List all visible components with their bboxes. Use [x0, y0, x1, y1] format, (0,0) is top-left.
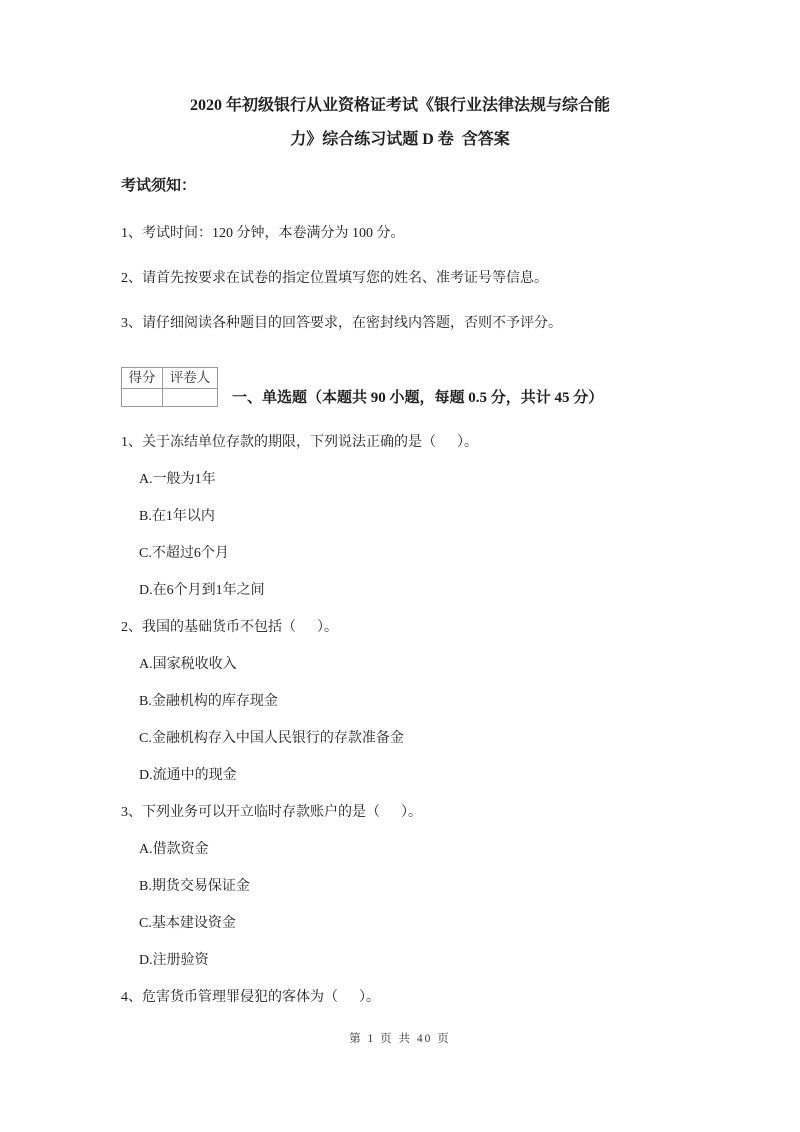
question-1-option-c: C.不超过6个月 [139, 546, 800, 561]
question-text-3: 3、下列业务可以开立临时存款账户的是（ ）。 [121, 805, 800, 820]
score-table-value-row [122, 389, 218, 407]
score-header-cell: 得分 [122, 368, 163, 389]
grader-value-cell [163, 389, 218, 407]
question-1-option-d: D.在6个月到1年之间 [139, 583, 800, 598]
question-text-1: 1、关于冻结单位存款的期限，下列说法正确的是（ ）。 [121, 435, 800, 450]
notice-item-2: 2、请首先按要求在试卷的指定位置填写您的姓名、准考证号等信息。 [121, 271, 800, 286]
question-1-option-b: B.在1年以内 [139, 509, 800, 524]
score-value-cell [122, 389, 163, 407]
notice-item-3: 3、请仔细阅读各种题目的回答要求，在密封线内答题，否则不予评分。 [121, 316, 800, 331]
section-heading: 一、单选题（本题共 90 小题，每题 0.5 分，共计 45 分） [232, 389, 603, 407]
question-3-option-d: D.注册验资 [139, 953, 800, 968]
question-3-option-c: C.基本建设资金 [139, 916, 800, 931]
score-section-row: 得分 评卷人 一、单选题（本题共 90 小题，每题 0.5 分，共计 45 分） [121, 367, 800, 407]
page-footer: 第 1 页 共 40 页 [0, 1030, 800, 1046]
question-3-option-a: A.借款资金 [139, 842, 800, 857]
question-2-option-a: A.国家税收收入 [139, 657, 800, 672]
score-table-header-row: 得分 评卷人 [122, 368, 218, 389]
question-text-2: 2、我国的基础货币不包括（ ）。 [121, 620, 800, 635]
exam-paper-page: 2020 年初级银行从业资格证考试《银行业法律法规与综合能 力》综合练习试题 D… [0, 0, 800, 1132]
question-2-option-d: D.流通中的现金 [139, 768, 800, 783]
question-2-option-b: B.金融机构的库存现金 [139, 694, 800, 709]
notice-heading: 考试须知： [121, 176, 800, 196]
grader-header-cell: 评卷人 [163, 368, 218, 389]
question-1-option-a: A.一般为1年 [139, 472, 800, 487]
question-3-option-b: B.期货交易保证金 [139, 879, 800, 894]
exam-title-line-2: 力》综合练习试题 D 卷 含答案 [0, 130, 800, 150]
question-2-option-c: C.金融机构存入中国人民银行的存款准备金 [139, 731, 800, 746]
exam-title-line-1: 2020 年初级银行从业资格证考试《银行业法律法规与综合能 [0, 96, 800, 116]
score-table: 得分 评卷人 [121, 367, 218, 407]
exam-title: 2020 年初级银行从业资格证考试《银行业法律法规与综合能 力》综合练习试题 D… [0, 0, 800, 150]
question-text-4: 4、危害货币管理罪侵犯的客体为（ ）。 [121, 990, 800, 1005]
notice-item-1: 1、考试时间：120 分钟，本卷满分为 100 分。 [121, 226, 800, 241]
